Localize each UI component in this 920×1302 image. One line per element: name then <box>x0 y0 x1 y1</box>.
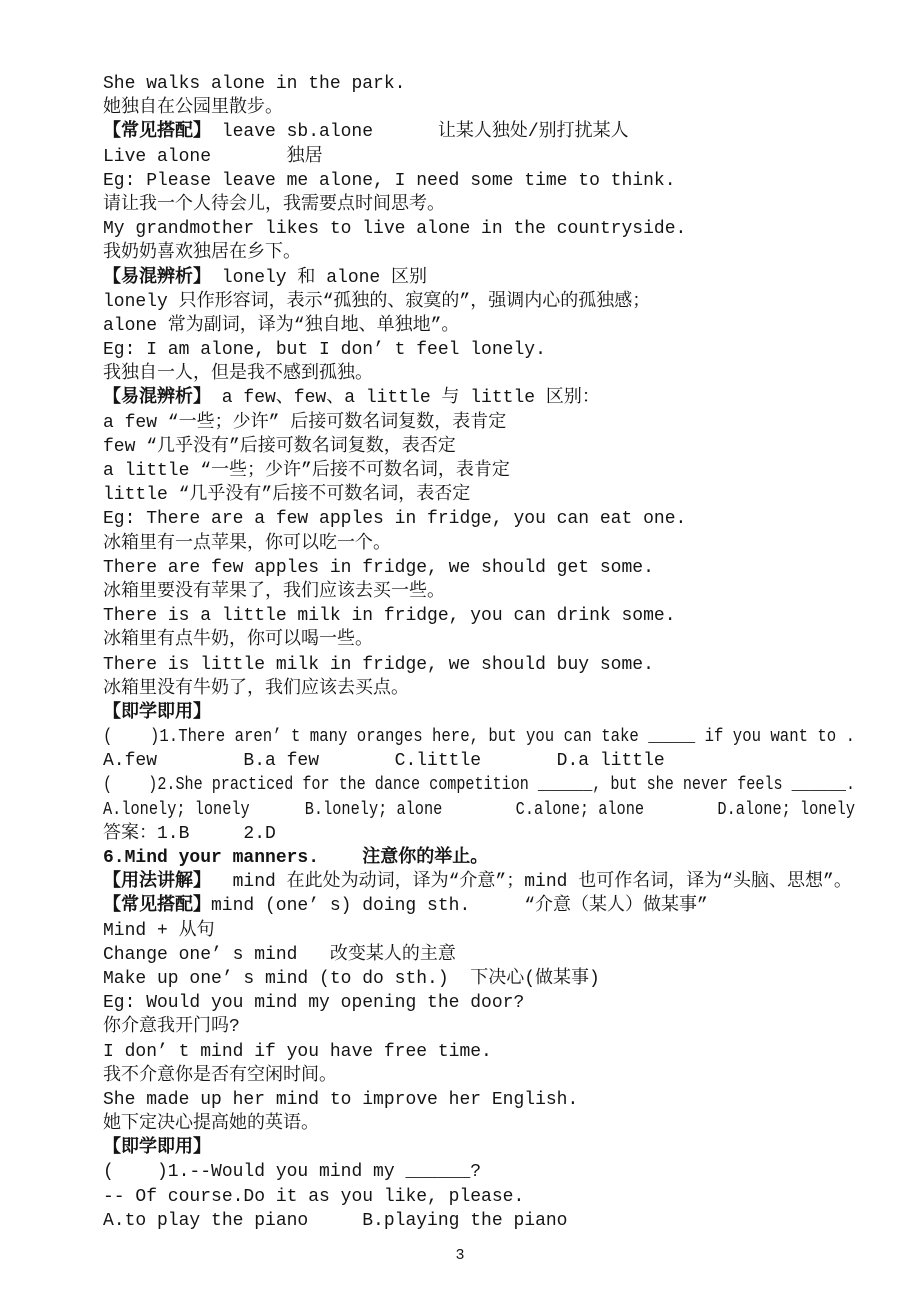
text-line-segment: a little “一些；少许”后接不可数名词，表肯定 <box>103 461 510 481</box>
text-line-segment: My grandmother likes to live alone in th… <box>103 219 686 239</box>
text-line: 【用法讲解】 mind 在此处为动词，译为“介意”；mind 也可作名词，译为“… <box>103 870 855 894</box>
text-line: alone 常为副词，译为“独自地、单独地”。 <box>103 314 855 338</box>
text-line-segment: mind 在此处为动词，译为“介意”；mind 也可作名词，译为“头脑、思想”。 <box>211 872 852 892</box>
text-line-bold-segment: 【易混辨析】 <box>103 268 211 288</box>
text-line-segment: There are few apples in fridge, we shoul… <box>103 558 654 578</box>
text-line-segment: lonely 只作形容词，表示“孤独的、寂寞的”，强调内心的孤独感； <box>103 292 650 312</box>
text-line-segment: 我不介意你是否有空闲时间。 <box>103 1066 337 1086</box>
text-line: -- Of course.Do it as you like, please. <box>103 1185 855 1209</box>
text-line: 我独自一人，但是我不感到孤独。 <box>103 362 855 386</box>
document-body: She walks alone in the park.她独自在公园里散步。【常… <box>103 72 855 1233</box>
text-line-segment: ( )1.There aren’ t many oranges here, bu… <box>103 727 855 747</box>
text-line: Eg: I am alone, but I don’ t feel lonely… <box>103 338 855 362</box>
text-line-segment: Mind + 从句 <box>103 921 215 941</box>
text-line-segment: A.few B.a few C.little D.a little <box>103 751 665 771</box>
text-line: lonely 只作形容词，表示“孤独的、寂寞的”，强调内心的孤独感； <box>103 290 855 314</box>
text-line-bold-segment: 【用法讲解】 <box>103 872 211 892</box>
text-line: 你介意我开门吗? <box>103 1015 855 1039</box>
text-line-segment: Eg: I am alone, but I don’ t feel lonely… <box>103 340 546 360</box>
text-line: A.to play the piano B.playing the piano <box>103 1209 855 1233</box>
text-line-segment: A.lonely; lonely B.lonely; alone C.alone… <box>103 800 855 820</box>
text-line: 【常见搭配】mind (one’ s) doing sth. “介意（某人）做某… <box>103 894 855 918</box>
text-line-segment: a few “一些；少许” 后接可数名词复数，表肯定 <box>103 413 506 433</box>
text-line: 答案：1.B 2.D <box>103 822 855 846</box>
text-line-segment: 我奶奶喜欢独居在乡下。 <box>103 243 301 263</box>
text-line-segment: few “几乎没有”后接可数名词复数，表否定 <box>103 437 456 457</box>
text-line-segment: She made up her mind to improve her Engl… <box>103 1090 578 1110</box>
text-line-bold-segment: 【即学即用】 <box>103 1138 211 1158</box>
text-line: She made up her mind to improve her Engl… <box>103 1088 855 1112</box>
text-line: 【即学即用】 <box>103 701 855 725</box>
text-line-segment: Eg: Please leave me alone, I need some t… <box>103 171 676 191</box>
text-line-segment: 答案：1.B 2.D <box>103 824 276 844</box>
text-line: Make up one’ s mind (to do sth.) 下决心(做某事… <box>103 967 855 991</box>
text-line-segment: 冰箱里没有牛奶了，我们应该去买点。 <box>103 679 409 699</box>
text-line-segment: -- Of course.Do it as you like, please. <box>103 1187 524 1207</box>
text-line-segment: 我独自一人，但是我不感到孤独。 <box>103 364 373 384</box>
text-line-segment: There is little milk in fridge, we shoul… <box>103 655 654 675</box>
text-line-segment: leave sb.alone 让某人独处/别打扰某人 <box>211 122 629 142</box>
text-line-segment: Change one’ s mind 改变某人的主意 <box>103 945 456 965</box>
text-line-segment: mind (one’ s) doing sth. “介意（某人）做某事” <box>211 896 708 916</box>
text-line: 冰箱里要没有苹果了，我们应该去买一些。 <box>103 580 855 604</box>
text-line: 6.Mind your manners. 注意你的举止。 <box>103 846 855 870</box>
text-line: ( )1.There aren’ t many oranges here, bu… <box>103 725 855 749</box>
text-line-segment: 冰箱里有点牛奶，你可以喝一些。 <box>103 630 373 650</box>
text-line-segment: 你介意我开门吗? <box>103 1017 240 1037</box>
text-line: a few “一些；少许” 后接可数名词复数，表肯定 <box>103 411 855 435</box>
text-line: 她下定决心提高她的英语。 <box>103 1112 855 1136</box>
text-line: Eg: Please leave me alone, I need some t… <box>103 169 855 193</box>
text-line: few “几乎没有”后接可数名词复数，表否定 <box>103 435 855 459</box>
text-line-bold-segment: 【易混辨析】 <box>103 388 211 408</box>
text-line: 冰箱里有一点苹果，你可以吃一个。 <box>103 532 855 556</box>
text-line-segment: Eg: Would you mind my opening the door? <box>103 993 524 1013</box>
text-line-segment: Live alone 独居 <box>103 147 323 167</box>
text-line-segment: She walks alone in the park. <box>103 74 405 94</box>
text-line: Mind + 从句 <box>103 919 855 943</box>
text-line-bold-segment: 【即学即用】 <box>103 703 211 723</box>
text-line: 【即学即用】 <box>103 1136 855 1160</box>
text-line: 冰箱里有点牛奶，你可以喝一些。 <box>103 628 855 652</box>
text-line-segment: 冰箱里有一点苹果，你可以吃一个。 <box>103 534 391 554</box>
text-line: There is little milk in fridge, we shoul… <box>103 653 855 677</box>
text-line: 我奶奶喜欢独居在乡下。 <box>103 241 855 265</box>
text-line: little “几乎没有”后接不可数名词，表否定 <box>103 483 855 507</box>
text-line-bold-segment: 【常见搭配】 <box>103 896 211 916</box>
text-line-segment: ( )2.She practiced for the dance competi… <box>103 775 855 795</box>
text-line: A.few B.a few C.little D.a little <box>103 749 855 773</box>
text-line: 【易混辨析】 lonely 和 alone 区别 <box>103 266 855 290</box>
text-line-segment: alone 常为副词，译为“独自地、单独地”。 <box>103 316 459 336</box>
text-line-segment: 她下定决心提高她的英语。 <box>103 1114 319 1134</box>
text-line-segment: a few、few、a little 与 little 区别： <box>211 388 600 408</box>
text-line: Change one’ s mind 改变某人的主意 <box>103 943 855 967</box>
text-line-segment: 请让我一个人待会儿，我需要点时间思考。 <box>103 195 445 215</box>
text-line-segment: There is a little milk in fridge, you ca… <box>103 606 676 626</box>
text-line-segment: Eg: There are a few apples in fridge, yo… <box>103 509 686 529</box>
text-line-segment: ( )1.--Would you mind my ______? <box>103 1162 481 1182</box>
document-page: She walks alone in the park.她独自在公园里散步。【常… <box>0 0 920 1302</box>
page-number: 3 <box>0 1246 920 1266</box>
text-line: ( )2.She practiced for the dance competi… <box>103 773 855 797</box>
text-line: There are few apples in fridge, we shoul… <box>103 556 855 580</box>
text-line-segment: A.to play the piano B.playing the piano <box>103 1211 567 1231</box>
text-line: There is a little milk in fridge, you ca… <box>103 604 855 628</box>
text-line-segment: Make up one’ s mind (to do sth.) 下决心(做某事… <box>103 969 600 989</box>
text-line-bold-segment: 【常见搭配】 <box>103 122 211 142</box>
text-line: 【常见搭配】 leave sb.alone 让某人独处/别打扰某人 <box>103 120 855 144</box>
text-line: Eg: There are a few apples in fridge, yo… <box>103 507 855 531</box>
text-line: My grandmother likes to live alone in th… <box>103 217 855 241</box>
text-line-segment: little “几乎没有”后接不可数名词，表否定 <box>103 485 470 505</box>
text-line: ( )1.--Would you mind my ______? <box>103 1160 855 1184</box>
text-line: a little “一些；少许”后接不可数名词，表肯定 <box>103 459 855 483</box>
text-line-segment: I don’ t mind if you have free time. <box>103 1042 492 1062</box>
text-line: I don’ t mind if you have free time. <box>103 1040 855 1064</box>
text-line: A.lonely; lonely B.lonely; alone C.alone… <box>103 798 855 822</box>
text-line: 我不介意你是否有空闲时间。 <box>103 1064 855 1088</box>
text-line-bold-segment: 6.Mind your manners. 注意你的举止。 <box>103 848 488 868</box>
text-line: Eg: Would you mind my opening the door? <box>103 991 855 1015</box>
text-line: Live alone 独居 <box>103 145 855 169</box>
text-line: 【易混辨析】 a few、few、a little 与 little 区别： <box>103 386 855 410</box>
text-line: She walks alone in the park. <box>103 72 855 96</box>
text-line-segment: 她独自在公园里散步。 <box>103 98 283 118</box>
text-line-segment: 冰箱里要没有苹果了，我们应该去买一些。 <box>103 582 445 602</box>
text-line: 请让我一个人待会儿，我需要点时间思考。 <box>103 193 855 217</box>
text-line: 她独自在公园里散步。 <box>103 96 855 120</box>
text-line-segment: lonely 和 alone 区别 <box>211 268 427 288</box>
text-line: 冰箱里没有牛奶了，我们应该去买点。 <box>103 677 855 701</box>
